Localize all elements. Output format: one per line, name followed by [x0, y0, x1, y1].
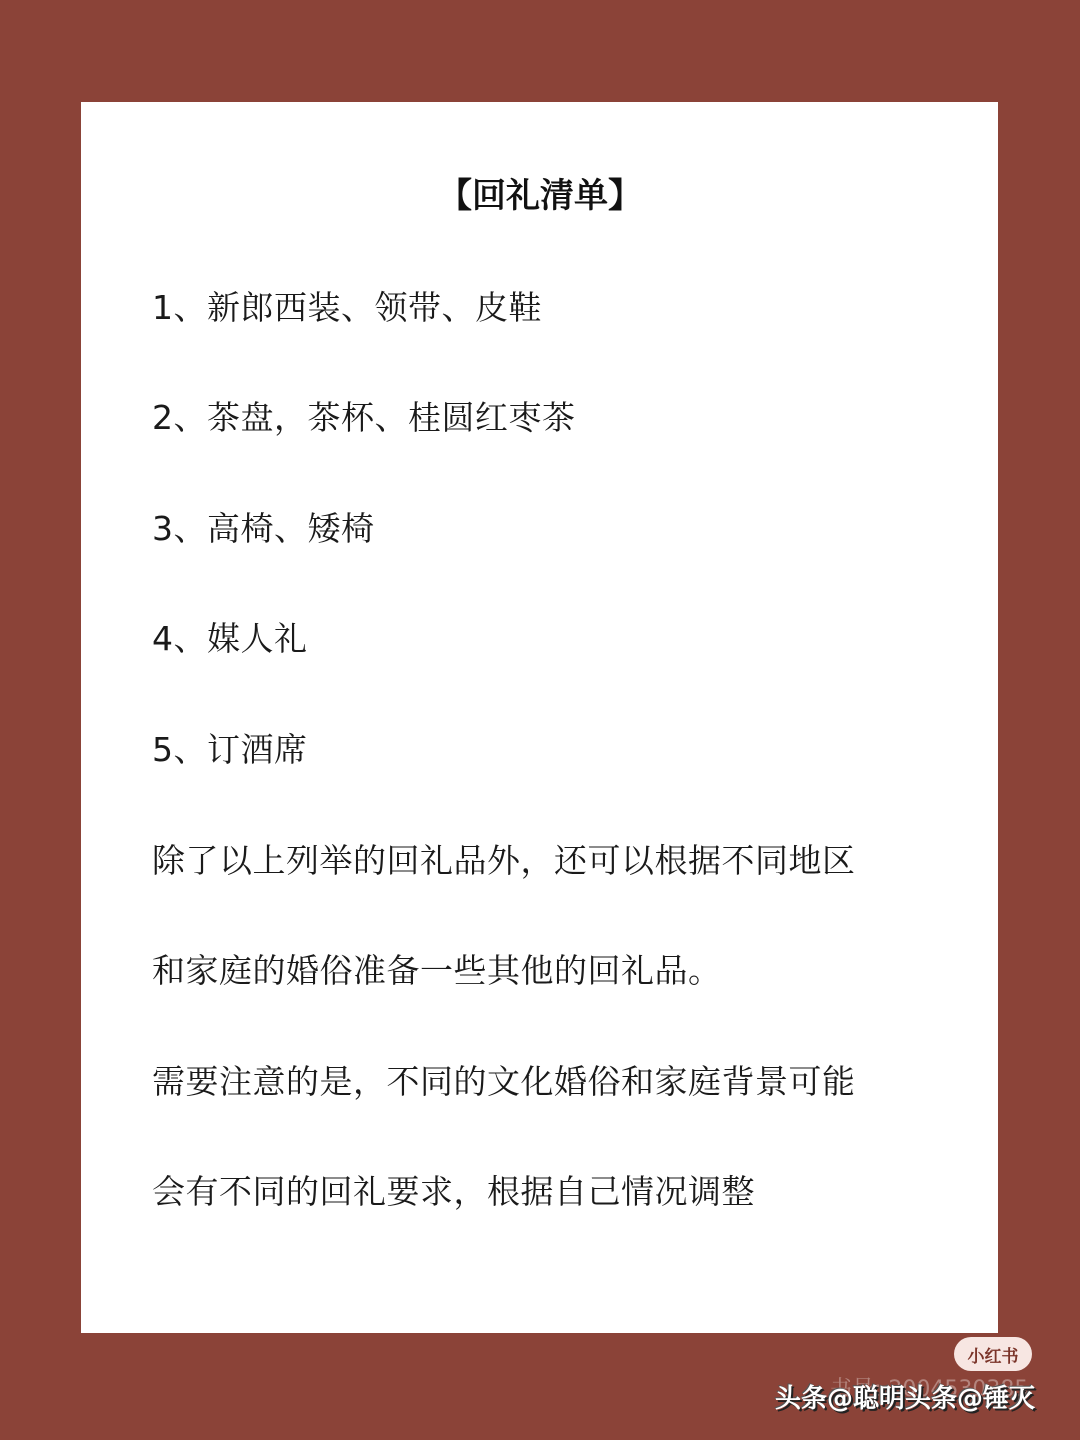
list-item: 1、新郎西装、领带、皮鞋	[152, 284, 542, 332]
paragraph-line: 除了以上列举的回礼品外，还可以根据不同地区	[152, 837, 856, 885]
paragraph-line: 需要注意的是，不同的文化婚俗和家庭背景可能	[152, 1058, 856, 1106]
paragraph-line: 和家庭的婚俗准备一些其他的回礼品。	[152, 947, 722, 995]
list-item: 2、茶盘，茶杯、桂圆红枣茶	[152, 394, 576, 442]
list-item: 3、高椅、矮椅	[152, 505, 375, 553]
xiaohongshu-logo-badge: 小红书	[954, 1337, 1032, 1371]
page-title: 【回礼清单】	[0, 172, 1080, 220]
watermark-text: 头条@聪明头条@锤灭	[775, 1378, 1035, 1415]
list-item: 5、订酒席	[152, 726, 308, 774]
paragraph-line: 会有不同的回礼要求，根据自己情况调整	[152, 1168, 755, 1216]
list-item: 4、媒人礼	[152, 615, 308, 663]
